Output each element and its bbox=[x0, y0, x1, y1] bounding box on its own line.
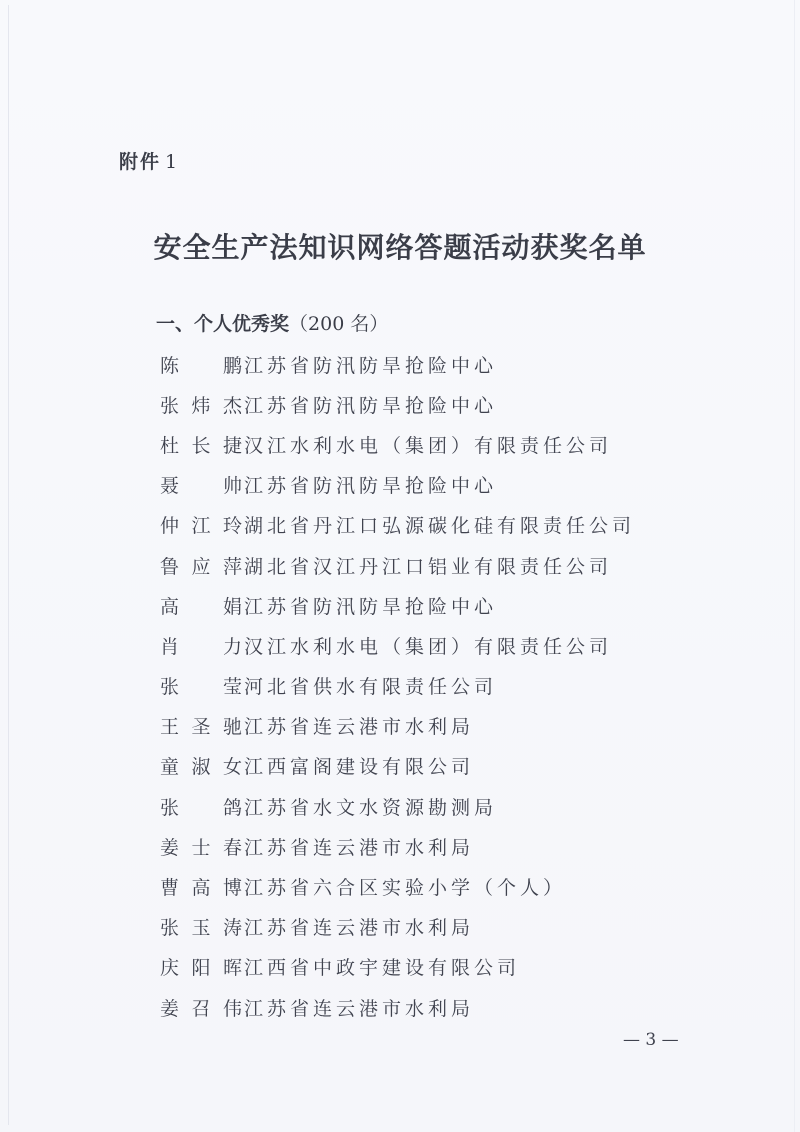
winner-name: 姜士春 bbox=[160, 833, 244, 860]
scan-edge-right bbox=[794, 0, 795, 1132]
winner-row: 高娟江苏省防汛防旱抢险中心 bbox=[160, 585, 720, 625]
winner-org: 江苏省防汛防旱抢险中心 bbox=[244, 391, 497, 418]
winner-name: 高娟 bbox=[160, 592, 244, 619]
winner-name: 聂帅 bbox=[160, 471, 244, 498]
section-heading-text: 一、个人优秀奖 bbox=[156, 313, 289, 335]
winner-row: 姜士春江苏省连云港市水利局 bbox=[160, 826, 720, 866]
scan-edge-left bbox=[8, 5, 9, 1125]
winner-name: 鲁应萍 bbox=[160, 552, 244, 579]
winners-list: 陈鹏江苏省防汛防旱抢险中心 张炜杰江苏省防汛防旱抢险中心 杜长捷汉江水利水电（集… bbox=[160, 344, 720, 1027]
winner-row: 陈鹏江苏省防汛防旱抢险中心 bbox=[160, 344, 720, 384]
winner-row: 曹高博江苏省六合区实验小学（个人） bbox=[160, 866, 720, 906]
winner-name: 曹高博 bbox=[160, 873, 244, 900]
winner-name: 张玉涛 bbox=[160, 913, 244, 940]
winner-row: 姜召伟江苏省连云港市水利局 bbox=[160, 987, 720, 1027]
winner-org: 江西富阁建设有限公司 bbox=[244, 752, 474, 779]
winner-name: 杜长捷 bbox=[160, 431, 244, 458]
winner-org: 江苏省连云港市水利局 bbox=[244, 994, 474, 1021]
winner-name: 王圣驰 bbox=[160, 712, 244, 739]
winner-name: 张莹 bbox=[160, 672, 244, 699]
winner-org: 湖北省丹江口弘源碳化硅有限责任公司 bbox=[244, 511, 635, 538]
winner-org: 河北省供水有限责任公司 bbox=[244, 672, 497, 699]
winner-row: 童淑女江西富阁建设有限公司 bbox=[160, 746, 720, 786]
attachment-text: 附件 bbox=[119, 151, 161, 173]
winner-name: 童淑女 bbox=[160, 752, 244, 779]
winner-org: 江苏省连云港市水利局 bbox=[244, 913, 474, 940]
winner-row: 张莹河北省供水有限责任公司 bbox=[160, 666, 720, 706]
section-heading: 一、个人优秀奖（200 名） bbox=[156, 309, 388, 336]
attachment-label: 附件1 bbox=[119, 147, 179, 174]
winner-org: 江苏省水文水资源勘测局 bbox=[244, 793, 497, 820]
document-title: 安全生产法知识网络答题活动获奖名单 bbox=[0, 226, 800, 266]
section-count: （200 名） bbox=[289, 313, 388, 335]
winner-name: 仲江玲 bbox=[160, 511, 244, 538]
winner-org: 江苏省防汛防旱抢险中心 bbox=[244, 592, 497, 619]
winner-row: 聂帅江苏省防汛防旱抢险中心 bbox=[160, 465, 720, 505]
winner-row: 鲁应萍湖北省汉江丹江口铝业有限责任公司 bbox=[160, 545, 720, 585]
winner-row: 杜长捷汉江水利水电（集团）有限责任公司 bbox=[160, 424, 720, 464]
winner-row: 肖力汉江水利水电（集团）有限责任公司 bbox=[160, 625, 720, 665]
winner-org: 汉江水利水电（集团）有限责任公司 bbox=[244, 431, 612, 458]
winner-org: 江苏省六合区实验小学（个人） bbox=[244, 873, 566, 900]
winner-name: 张炜杰 bbox=[160, 391, 244, 418]
winner-name: 姜召伟 bbox=[160, 994, 244, 1021]
winner-row: 张玉涛江苏省连云港市水利局 bbox=[160, 907, 720, 947]
winner-name: 庆阳晖 bbox=[160, 953, 244, 980]
winner-row: 张鸽江苏省水文水资源勘测局 bbox=[160, 786, 720, 826]
document-page: 附件1 安全生产法知识网络答题活动获奖名单 一、个人优秀奖（200 名） 陈鹏江… bbox=[0, 0, 800, 1132]
winner-row: 张炜杰江苏省防汛防旱抢险中心 bbox=[160, 384, 720, 424]
winner-org: 江西省中政宇建设有限公司 bbox=[244, 953, 520, 980]
winner-name: 陈鹏 bbox=[160, 351, 244, 378]
winner-row: 王圣驰江苏省连云港市水利局 bbox=[160, 706, 720, 746]
winner-org: 江苏省防汛防旱抢险中心 bbox=[244, 471, 497, 498]
winner-row: 仲江玲湖北省丹江口弘源碳化硅有限责任公司 bbox=[160, 505, 720, 545]
winner-org: 江苏省连云港市水利局 bbox=[244, 712, 474, 739]
winner-org: 湖北省汉江丹江口铝业有限责任公司 bbox=[244, 552, 612, 579]
winner-org: 江苏省防汛防旱抢险中心 bbox=[244, 351, 497, 378]
winner-name: 张鸽 bbox=[160, 793, 244, 820]
attachment-number: 1 bbox=[165, 151, 179, 173]
page-number: — 3 — bbox=[623, 1030, 679, 1050]
winner-org: 江苏省连云港市水利局 bbox=[244, 833, 474, 860]
winner-name: 肖力 bbox=[160, 632, 244, 659]
winner-row: 庆阳晖江西省中政宇建设有限公司 bbox=[160, 947, 720, 987]
winner-org: 汉江水利水电（集团）有限责任公司 bbox=[244, 632, 612, 659]
